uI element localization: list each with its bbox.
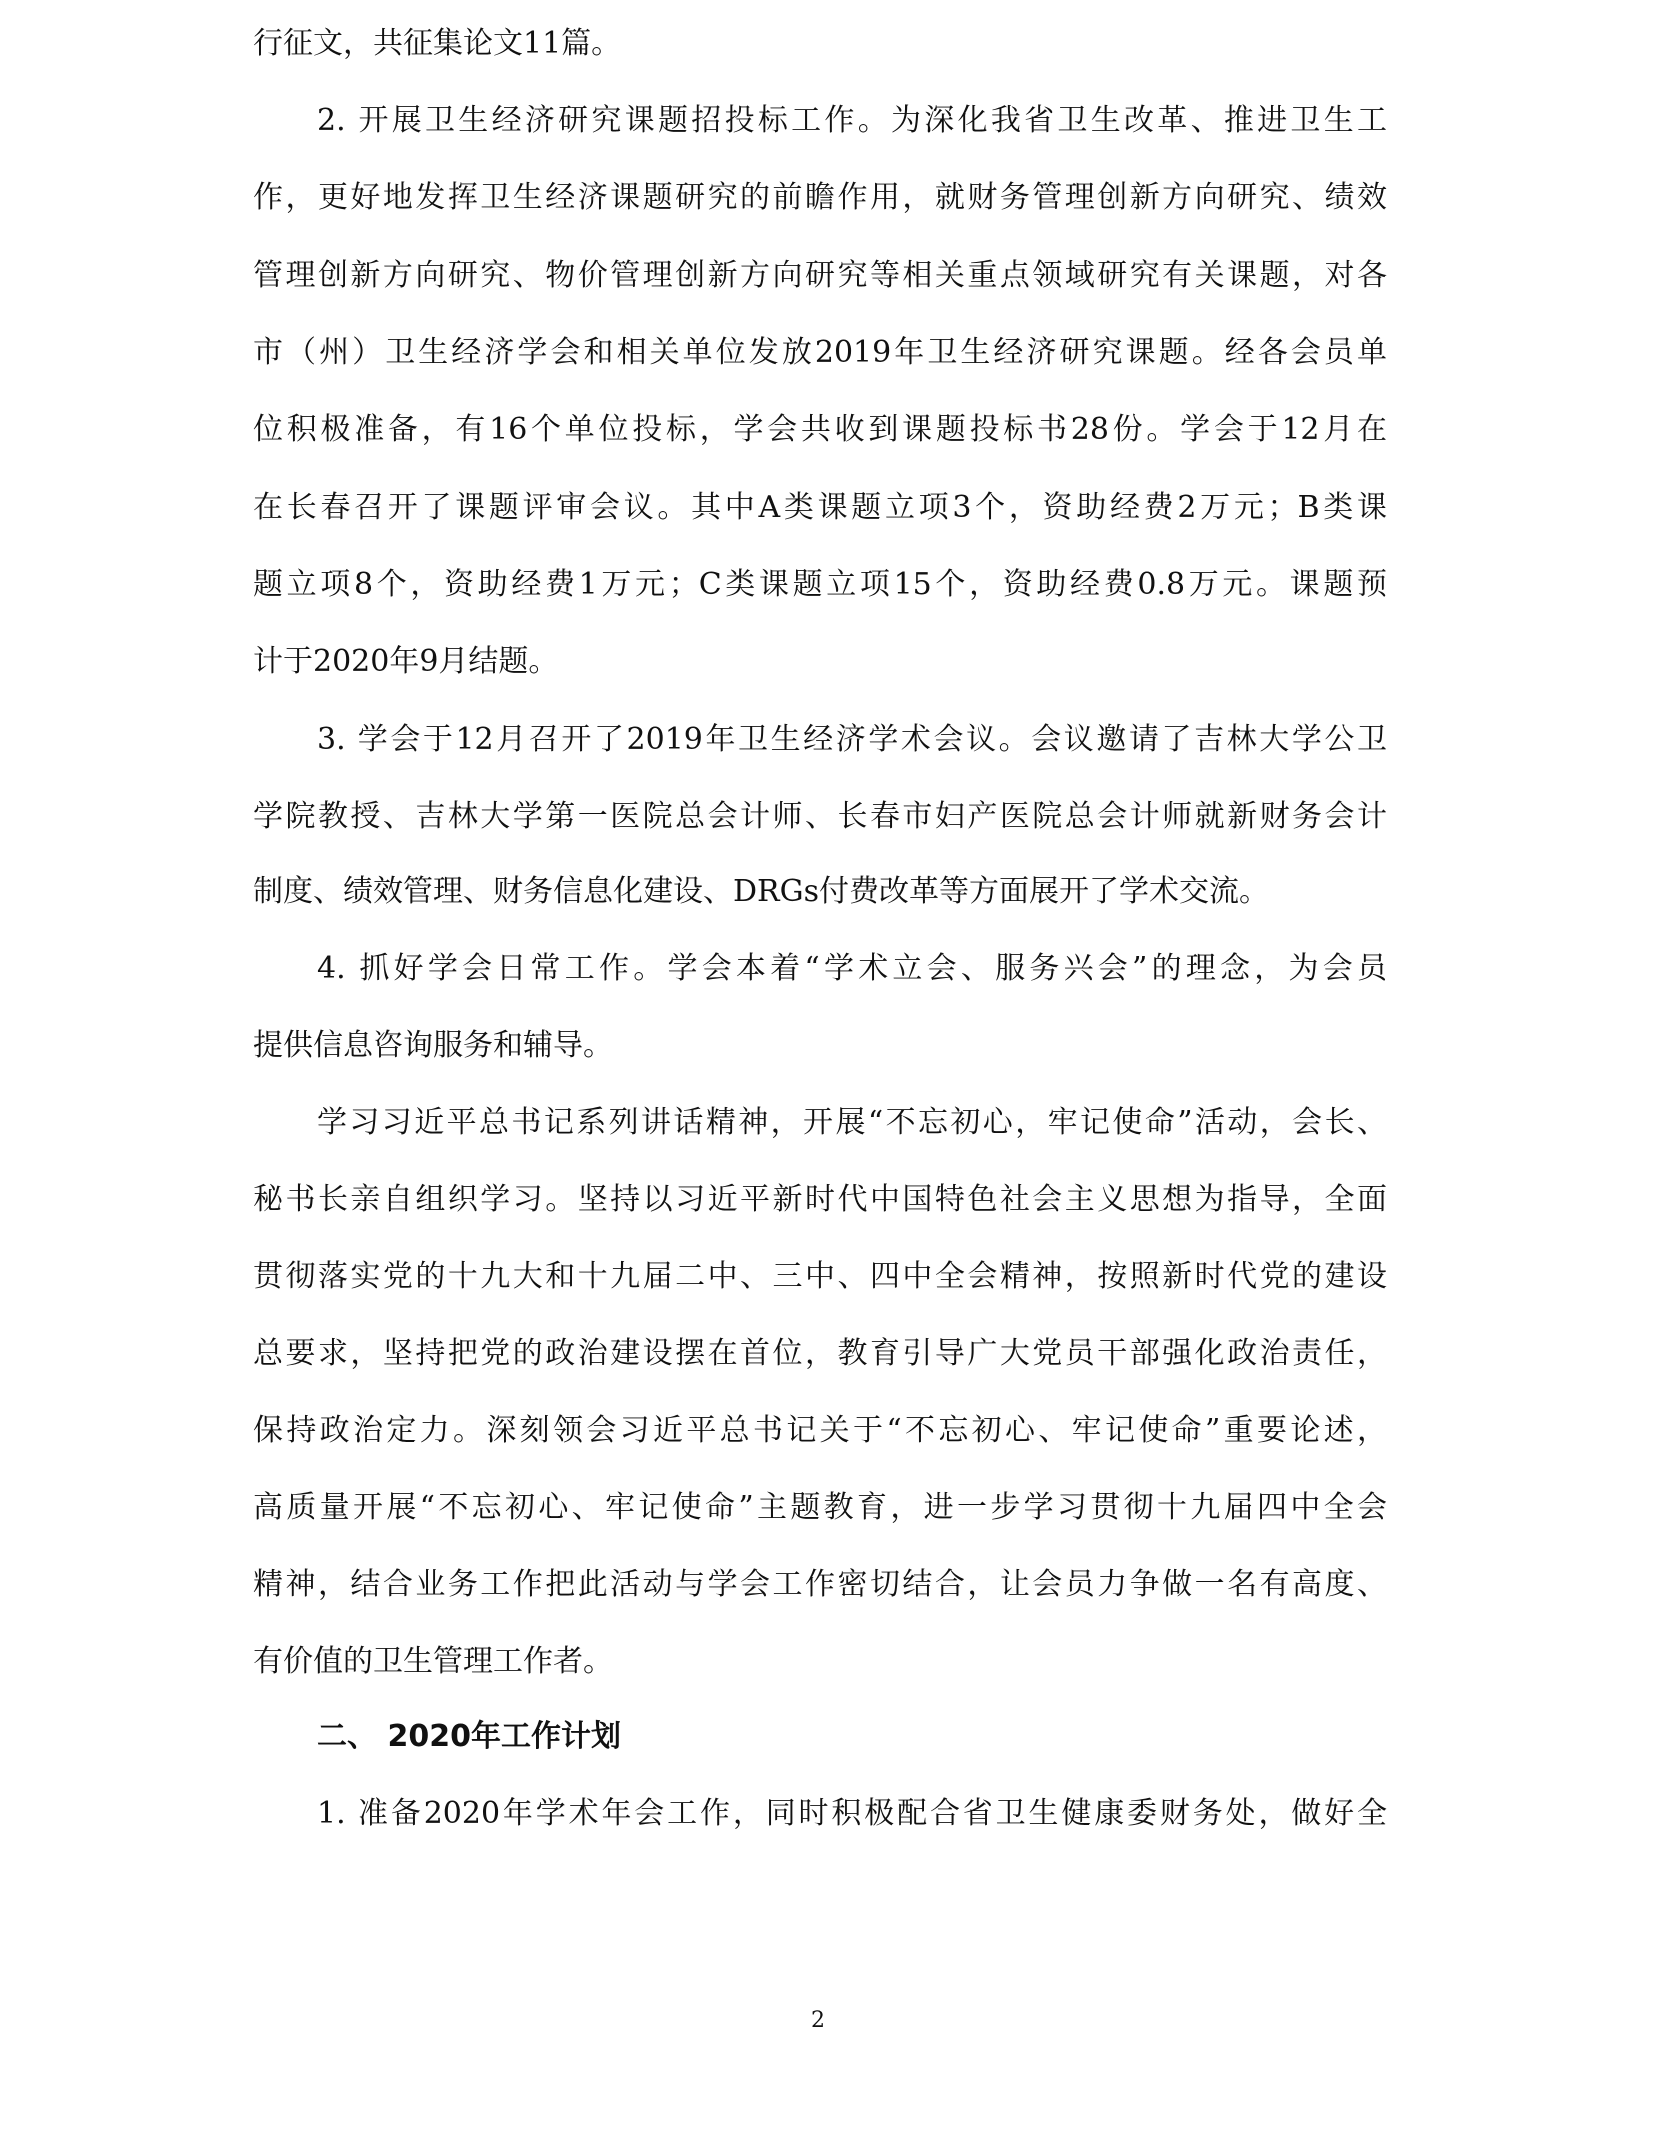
paragraph-line: 提供信息咨询服务和辅导。 <box>253 1026 1387 1066</box>
paragraph-line: 保持政治定力。深刻领会习近平总书记关于“不忘初心、牢记使命”重要论述， <box>253 1411 1387 1451</box>
section-heading: 二、 2020年工作计划 <box>317 1717 621 1757</box>
paragraph-line: 总要求，坚持把党的政治建设摆在首位，教育引导广大党员干部强化政治责任， <box>253 1334 1387 1374</box>
paragraph-line: 有价值的卫生管理工作者。 <box>253 1642 1387 1682</box>
page-number: 2 <box>806 2006 830 2036</box>
paragraph-line: 题立项8个，资助经费1万元；C类课题立项15个，资助经费0.8万元。课题预 <box>253 565 1387 605</box>
paragraph-line: 贯彻落实党的十九大和十九届二中、三中、四中全会精神，按照新时代党的建设 <box>253 1257 1387 1297</box>
paragraph-line: 秘书长亲自组织学习。坚持以习近平新时代中国特色社会主义思想为指导，全面 <box>253 1180 1387 1220</box>
document-page: 行征文，共征集论文11篇。 2. 开展卫生经济研究课题招投标工作。为深化我省卫生… <box>0 0 1653 2130</box>
paragraph-line: 制度、绩效管理、财务信息化建设、DRGs付费改革等方面展开了学术交流。 <box>253 872 1387 912</box>
paragraph-line: 计于2020年9月结题。 <box>253 642 1387 682</box>
paragraph-line: 位积极准备，有16个单位投标，学会共收到课题投标书28份。学会于12月在 <box>253 410 1387 450</box>
paragraph-line: 学院教授、吉林大学第一医院总会计师、长春市妇产医院总会计师就新财务会计 <box>253 797 1387 837</box>
paragraph-line: 管理创新方向研究、物价管理创新方向研究等相关重点领域研究有关课题，对各 <box>253 256 1387 296</box>
paragraph-line: 4. 抓好学会日常工作。学会本着“学术立会、服务兴会”的理念，为会员 <box>317 949 1387 989</box>
paragraph-line: 作，更好地发挥卫生经济课题研究的前瞻作用，就财务管理创新方向研究、绩效 <box>253 178 1387 218</box>
paragraph-line: 2. 开展卫生经济研究课题招投标工作。为深化我省卫生改革、推进卫生工 <box>317 101 1387 141</box>
paragraph-line: 行征文，共征集论文11篇。 <box>253 24 1387 64</box>
paragraph-line: 高质量开展“不忘初心、牢记使命”主题教育，进一步学习贯彻十九届四中全会 <box>253 1488 1387 1528</box>
paragraph-line: 精神，结合业务工作把此活动与学会工作密切结合，让会员力争做一名有高度、 <box>253 1565 1387 1605</box>
paragraph-line: 3. 学会于12月召开了2019年卫生经济学术会议。会议邀请了吉林大学公卫 <box>317 720 1387 760</box>
paragraph-line: 市（州）卫生经济学会和相关单位发放2019年卫生经济研究课题。经各会员单 <box>253 333 1387 373</box>
paragraph-line: 1. 准备2020年学术年会工作，同时积极配合省卫生健康委财务处，做好全 <box>317 1794 1387 1834</box>
paragraph-line: 在长春召开了课题评审会议。其中A类课题立项3个，资助经费2万元；B类课 <box>253 488 1387 528</box>
paragraph-line: 学习习近平总书记系列讲话精神，开展“不忘初心，牢记使命”活动，会长、 <box>317 1103 1387 1143</box>
